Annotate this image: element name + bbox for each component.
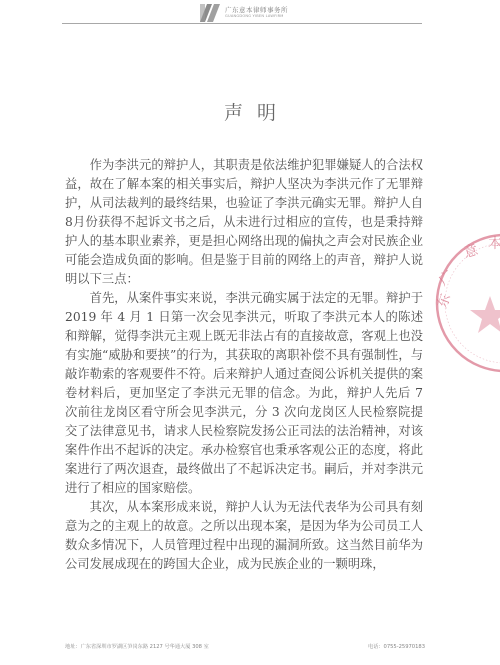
svg-text:东: 东 bbox=[434, 292, 454, 311]
svg-text:意: 意 bbox=[462, 242, 480, 261]
official-seal-icon: 广 东 意 本 律 bbox=[430, 228, 500, 378]
document-title: 声明 bbox=[0, 98, 500, 125]
paragraph-first-point: 首先，从案件事实来说，李洪元确实属于法定的无罪。辩护于 2019 年 4 月 1… bbox=[65, 289, 423, 498]
paragraph-second-point: 其次，从本案形成来说，辩护人认为无法代表华为公司具有刻意为之的主观上的故意。之所… bbox=[65, 498, 423, 574]
firm-logo: 广东意本律师事务所 GUANGDONG YIBEN LAWFIRM bbox=[200, 4, 288, 22]
header-divider bbox=[62, 23, 422, 24]
svg-text:广: 广 bbox=[436, 268, 457, 289]
firm-name-cn: 广东意本律师事务所 bbox=[225, 7, 288, 14]
footer-phone: 电话：0755-25970183 bbox=[368, 643, 425, 650]
paragraph-intro: 作为李洪元的辩护人，其职责是依法维护犯罪嫌疑人的合法权益，故在了解本案的相关事实… bbox=[65, 156, 423, 289]
svg-text:本: 本 bbox=[488, 235, 500, 252]
document-body: 作为李洪元的辩护人，其职责是依法维护犯罪嫌疑人的合法权益，故在了解本案的相关事实… bbox=[65, 156, 423, 574]
firm-logo-icon bbox=[200, 4, 220, 22]
firm-name-en: GUANGDONG YIBEN LAWFIRM bbox=[225, 15, 288, 19]
document-footer: 地址：广东省深圳市罗湖区笋岗东路 2127 号华通大厦 308 室 电话：075… bbox=[65, 643, 425, 650]
footer-address: 地址：广东省深圳市罗湖区笋岗东路 2127 号华通大厦 308 室 bbox=[65, 643, 209, 650]
